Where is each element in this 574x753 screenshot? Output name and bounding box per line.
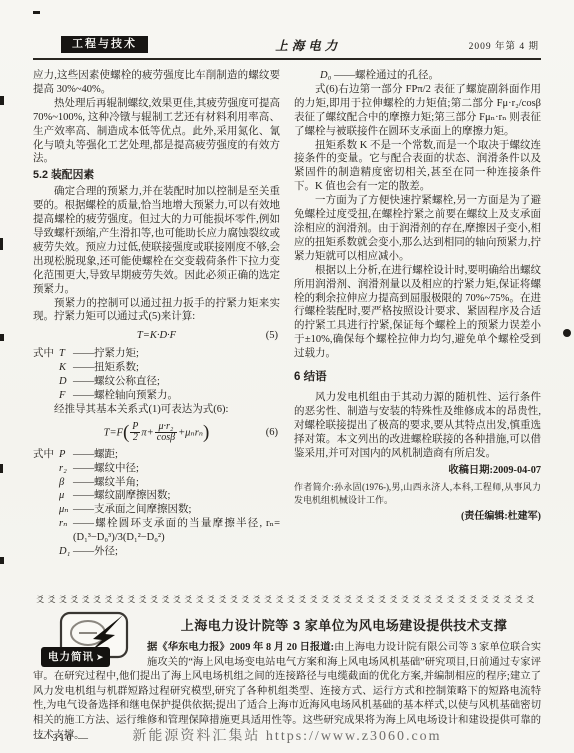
fraction: P2 [130,422,140,444]
equation-6-tag: (6) [266,426,278,440]
power-news-stamp: 电力简讯➤ [41,611,139,669]
definition-row: β ——螺纹半角; [33,476,280,490]
decorative-divider: 爻爻爻爻爻爻爻爻爻爻爻爻爻爻爻爻爻爻爻爻爻爻爻爻爻爻爻爻爻爻爻爻爻爻爻爻爻爻爻爻… [33,594,541,605]
equation-5-body: T=K·D·F [137,330,176,341]
news-section: 电力简讯➤ 上海电力设计院等 3 家单位为风电场建设提供技术支撑 据《华东电力报… [33,609,541,743]
paragraph: 扭矩系数 K 不是一个常数,而是一个取决于螺纹连接条件的变量。它与配合表面的状态… [294,139,541,195]
author-bio: 作者简介:孙永固(1976-),男,山西永济人,本科,工程师,从事风力发电机组机… [294,481,541,506]
page-number: — 316 — [36,733,90,744]
issue-info: 2009 年第 4 期 [469,38,541,52]
received-date: 收稿日期:2009-04-07 [294,464,541,478]
definition-row: F ——螺栓轴向预紧力。 [33,389,280,403]
scan-artifact [0,238,3,250]
definition-row: D₁ ——外径; [33,545,280,559]
news-lead: 据《华东电力报》2009 年 8 月 20 日报道: [147,642,334,653]
article-left-column: 应力,这些因素使螺栓的疲劳强度比车削制造的螺纹要提高 30%~40%。 热处理后… [33,69,280,588]
stamp-arrow-icon: ➤ [96,652,105,662]
definition-row: rₙ ——螺栓圆环支承面的当量摩擦半径, rₙ=(D₁³−D₀³)/3(D₁²−… [33,517,280,545]
paragraph: 经推导其基本关系式(1)可表达为式(6): [33,403,280,417]
news-title: 上海电力设计院等 3 家单位为风电场建设提供技术支撑 [133,609,541,641]
paragraph: 一方面为了方便快速拧紧螺栓,另一方面是为了避免螺栓过度受扭,在螺栓拧紧之前要在螺… [294,194,541,264]
scan-artifact [0,557,4,564]
page-header: 工程与技术 上海电力 2009 年第 4 期 [33,36,541,53]
paragraph: 应力,这些因素使螺栓的疲劳强度比车削制造的螺纹要提高 30%~40%。 [33,69,280,97]
definition-row: D ——螺纹公称直径; [33,375,280,389]
definition-row: 式中 P ——螺距; [33,448,280,462]
scan-artifact [0,334,4,341]
page-footer: — 316 — 新能源资料汇集站 https://www.z3060.com [0,727,574,745]
paragraph: 根据以上分析,在进行螺栓设计时,要明确给出螺纹所用润滑剂、润滑剂量以及相应的拧紧… [294,264,541,361]
definition-row: μ ——螺纹副摩擦因数; [33,489,280,503]
header-rule [33,58,541,60]
scan-artifact [0,464,3,473]
equation-6: T=F(P2π+μ·r₂cosβ+μₙrₙ) (6) [33,422,280,444]
definition-row: r₂ ——螺纹中径; [33,462,280,476]
fraction: μ·r₂cosβ [155,422,177,444]
stamp-banner: 电力简讯➤ [41,647,110,667]
definition-row: D₀ ——螺栓通过的孔径。 [294,69,541,83]
journal-title: 上海电力 [148,36,469,54]
watermark: 新能源资料汇集站 https://www.z3060.com [132,725,441,745]
responsible-editor: (责任编辑:杜建军) [294,510,541,524]
equation-5-tag: (5) [266,329,278,343]
definition-row: 式中 T ——拧紧力矩; [33,347,280,361]
equation-5: T=K·D·F (5) [33,329,280,343]
definition-row: μₙ ——支承面之间摩擦因数; [33,503,280,517]
scan-artifact [563,329,571,337]
paragraph: 确定合理的预紧力,并在装配时加以控制是至关重要的。根据螺栓的质量,恰当地增大预紧… [33,185,280,296]
journal-page: 工程与技术 上海电力 2009 年第 4 期 应力,这些因素使螺栓的疲劳强度比车… [0,0,574,753]
equation-6-prefix: T=F [104,427,123,438]
scan-artifact [33,11,40,14]
section-heading-6: 6 结语 [294,371,541,385]
paragraph: 预紧力的控制可以通过扭力扳手的拧紧力矩来实现。拧紧力矩可以通过式(5)来计算: [33,297,280,325]
article-columns: 应力,这些因素使螺栓的疲劳强度比车削制造的螺纹要提高 30%~40%。 热处理后… [33,69,541,588]
article-right-column: D₀ ——螺栓通过的孔径。 式(6)右边第一部分 FPπ/2 表征了螺旋副斜面作… [294,69,541,588]
paragraph: 风力发电机组由于其动力源的随机性、运行条件的恶劣性、制造与安装的特殊性及维修成本… [294,391,541,461]
definition-row: K ——扭矩系数; [33,361,280,375]
scan-artifact [0,96,4,105]
section-tag: 工程与技术 [61,36,148,53]
paragraph: 式(6)右边第一部分 FPπ/2 表征了螺旋副斜面作用的力矩,即用于拉伸螺栓的力… [294,83,541,139]
section-heading-5-2: 5.2 装配因素 [33,169,280,183]
paragraph: 热处理后再辊制螺纹,效果更佳,其疲劳强度可提高 70%~100%, 这种冷镦与辊… [33,97,280,167]
